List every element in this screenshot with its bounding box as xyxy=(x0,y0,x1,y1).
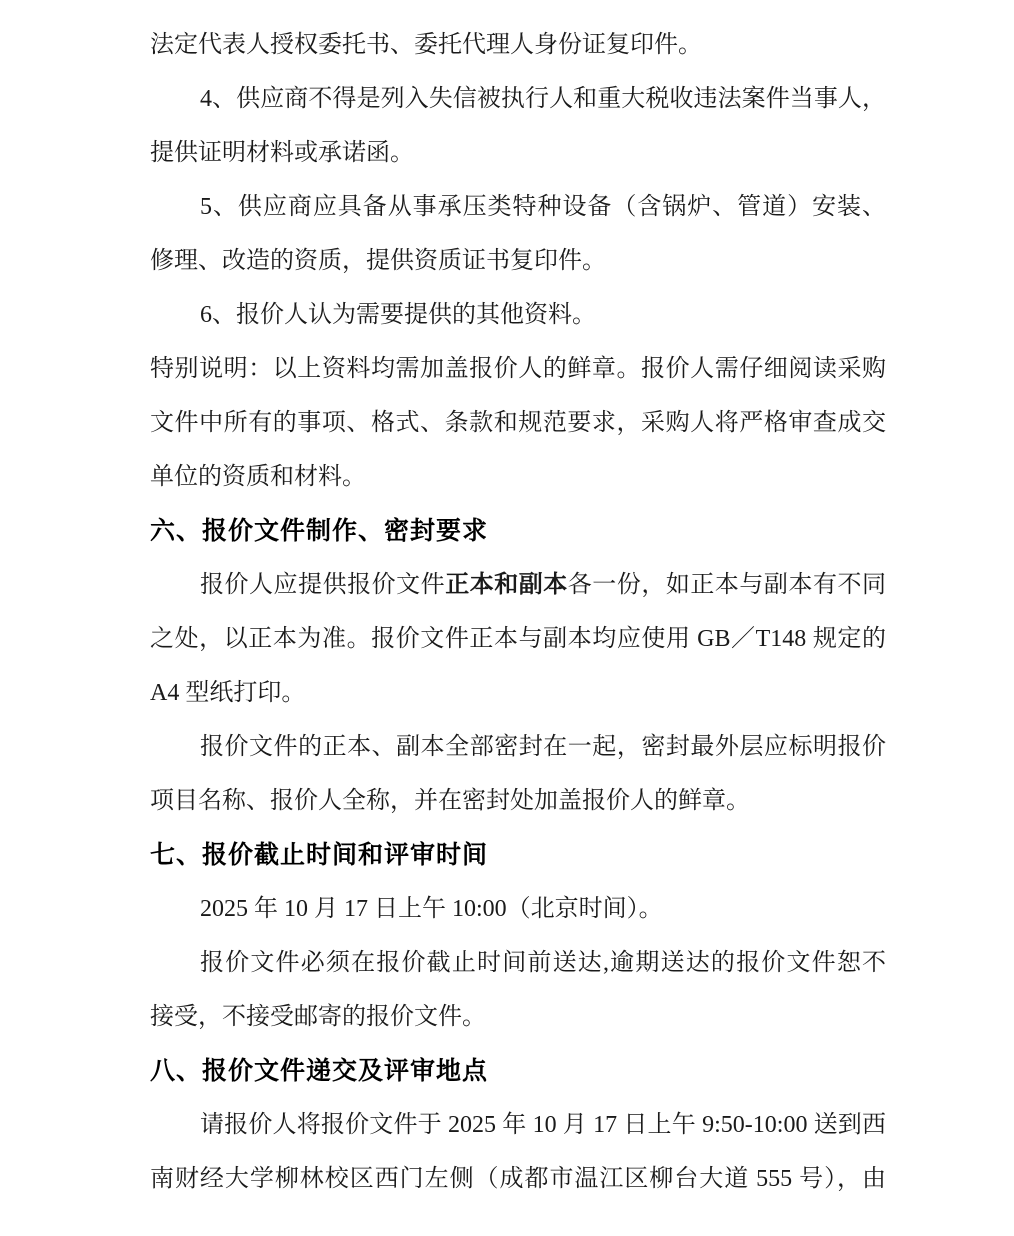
text-line: 修理、改造的资质，提供资质证书复印件。 xyxy=(150,234,886,288)
text-line: 请报价人将报价文件于 2025 年 10 月 17 日上午 9:50-10:00… xyxy=(150,1098,886,1152)
document-body: 法定代表人授权委托书、委托代理人身份证复印件。4、供应商不得是列入失信被执行人和… xyxy=(150,18,886,1206)
text-line: 提供证明材料或承诺函。 xyxy=(150,126,886,180)
text-line: 接受，不接受邮寄的报价文件。 xyxy=(150,990,886,1044)
document-page: 法定代表人授权委托书、委托代理人身份证复印件。4、供应商不得是列入失信被执行人和… xyxy=(0,0,1014,1236)
text-line: 特别说明：以上资料均需加盖报价人的鲜章。报价人需仔细阅读采购 xyxy=(150,342,886,396)
text-line: 项目名称、报价人全称，并在密封处加盖报价人的鲜章。 xyxy=(150,774,886,828)
text-line: 单位的资质和材料。 xyxy=(150,450,886,504)
text-line: 之处，以正本为准。报价文件正本与副本均应使用 GB／T148 规定的 xyxy=(150,612,886,666)
text-line: 2025 年 10 月 17 日上午 10:00（北京时间）。 xyxy=(150,882,886,936)
text-line: 4、供应商不得是列入失信被执行人和重大税收违法案件当事人， xyxy=(150,72,886,126)
text-line: 报价文件的正本、副本全部密封在一起，密封最外层应标明报价 xyxy=(150,720,886,774)
text-line: 法定代表人授权委托书、委托代理人身份证复印件。 xyxy=(150,18,886,72)
text-segment: 各一份，如正本与副本有不同 xyxy=(568,572,886,598)
text-line: 6、报价人认为需要提供的其他资料。 xyxy=(150,288,886,342)
text-segment: 报价人应提供报价文件 xyxy=(200,572,445,598)
bold-emphasis: 正本和副本 xyxy=(445,572,568,598)
text-line: 文件中所有的事项、格式、条款和规范要求，采购人将严格审查成交 xyxy=(150,396,886,450)
section-heading: 八、报价文件递交及评审地点 xyxy=(150,1044,886,1098)
text-line: 5、供应商应具备从事承压类特种设备（含锅炉、管道）安装、 xyxy=(150,180,886,234)
text-line: 报价人应提供报价文件正本和副本各一份，如正本与副本有不同 xyxy=(150,558,886,612)
text-line: A4 型纸打印。 xyxy=(150,666,886,720)
section-heading: 六、报价文件制作、密封要求 xyxy=(150,504,886,558)
section-heading: 七、报价截止时间和评审时间 xyxy=(150,828,886,882)
text-line: 南财经大学柳林校区西门左侧（成都市温江区柳台大道 555 号），由 xyxy=(150,1152,886,1206)
text-line: 报价文件必须在报价截止时间前送达,逾期送达的报价文件恕不 xyxy=(150,936,886,990)
